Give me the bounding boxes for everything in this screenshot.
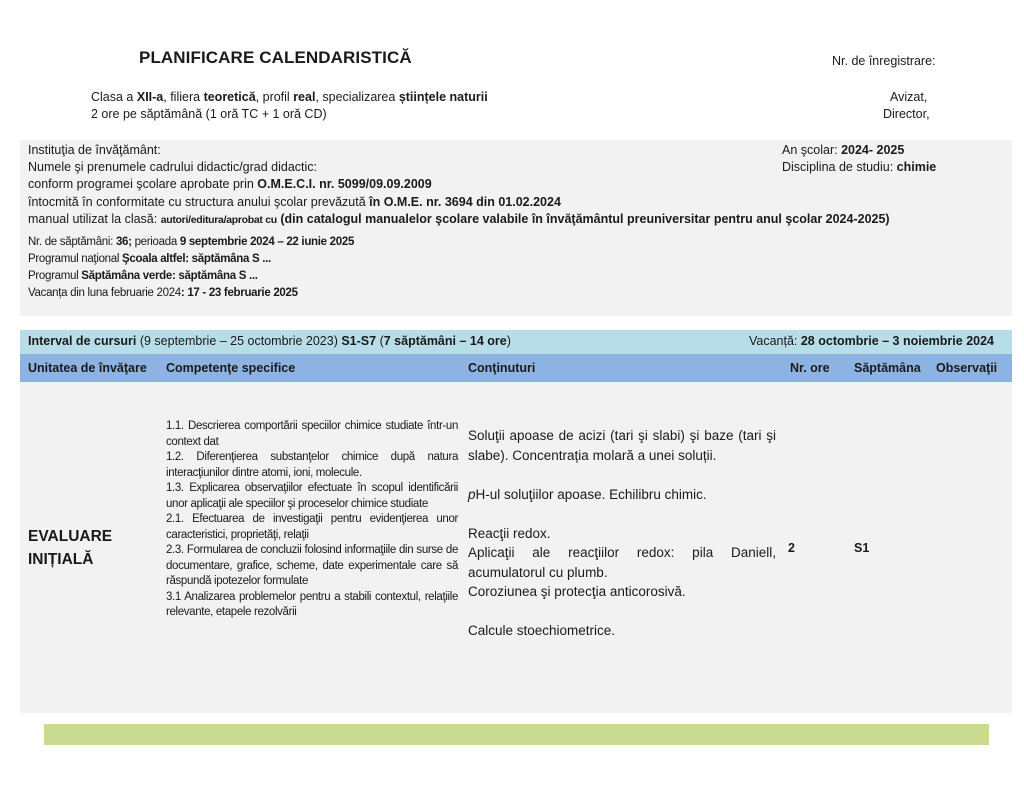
manual-reference: manual utilizat la clasă: autori/editura… — [28, 212, 890, 226]
course-interval: Interval de cursuri (9 septembrie – 25 o… — [28, 334, 511, 348]
column-header-hours: Nr. ore — [790, 361, 830, 375]
column-header-unit: Unitatea de învăţare — [28, 361, 147, 375]
learning-unit-line: EVALUARE — [28, 525, 112, 548]
section-divider-bar — [44, 724, 989, 745]
institution-field: Instituţia de învăţământ: — [28, 143, 161, 157]
hours-count: 2 — [788, 541, 795, 555]
director-label: Director, — [883, 107, 930, 121]
table-header: Unitatea de învăţare Competenţe specific… — [20, 354, 1012, 382]
program-reference: conform programei şcolare aprobate prin … — [28, 177, 432, 191]
page-title: PLANIFICARE CALENDARISTICĂ — [139, 48, 412, 68]
green-week-program: Programul Săptămâna verde: săptămâna S .… — [28, 270, 258, 282]
february-vacation: Vacanța din luna februarie 2024: 17 - 23… — [28, 287, 298, 299]
subject: Disciplina de studiu: chimie — [782, 160, 936, 174]
content-item: pH-ul soluţiilor apoase. Echilibru chimi… — [468, 485, 776, 505]
table-row: EVALUARE INIȚIALĂ 1.1. Descrierea compor… — [20, 382, 1012, 713]
competency-item: 2.3. Formularea de concluzii folosind in… — [166, 543, 458, 590]
weekly-hours: 2 ore pe săptămână (1 oră TC + 1 oră CD) — [91, 107, 327, 121]
registration-number-label: Nr. de înregistrare: — [832, 54, 936, 68]
weeks-period: Nr. de săptămâni: 36; perioada 9 septemb… — [28, 236, 354, 248]
competencies-list: 1.1. Descrierea comportării speciilor ch… — [166, 419, 458, 621]
competency-item: 1.3. Explicarea observaţiilor efectuate … — [166, 481, 458, 512]
column-header-competencies: Competenţe specifice — [166, 361, 295, 375]
class-description: Clasa a XII-a, filiera teoretică, profil… — [91, 90, 488, 104]
learning-unit: EVALUARE INIȚIALĂ — [28, 525, 112, 571]
school-other-program: Programul naţional Şcoala altfel: săptăm… — [28, 253, 271, 265]
content-item: Calcule stoechiometrice. — [468, 621, 776, 641]
content-item: Soluţii apoase de acizi (tari şi slabi) … — [468, 426, 776, 465]
content-item: Aplicaţii ale reacţiilor redox: pila Dan… — [468, 543, 776, 582]
competency-item: 1.1. Descrierea comportării speciilor ch… — [166, 419, 458, 450]
content-item: Coroziunea şi protecţia anticorosivă. — [468, 582, 776, 602]
school-year: An şcolar: 2024- 2025 — [782, 143, 904, 157]
competency-item: 3.1 Analizarea problemelor pentru a stab… — [166, 590, 458, 621]
column-header-contents: Conţinuturi — [468, 361, 535, 375]
week-label: S1 — [854, 541, 869, 555]
structure-reference: întocmită în conformitate cu structura a… — [28, 195, 561, 209]
learning-unit-line: INIȚIALĂ — [28, 548, 112, 571]
vacation-interval: Vacanță: 28 octombrie – 3 noiembrie 2024 — [749, 334, 994, 348]
info-box: Instituţia de învăţământ: Numele şi pren… — [20, 140, 1012, 316]
course-interval-bar: Interval de cursuri (9 septembrie – 25 o… — [20, 330, 1012, 354]
column-header-week: Săptămâna — [854, 361, 921, 375]
teacher-field: Numele şi prenumele cadrului didactic/gr… — [28, 160, 317, 174]
content-item: Reacţii redox. — [468, 524, 776, 544]
competency-item: 1.2. Diferenţierea substanţelor chimice … — [166, 450, 458, 481]
competency-item: 2.1. Efectuarea de investigaţii pentru e… — [166, 512, 458, 543]
contents-list: Soluţii apoase de acizi (tari şi slabi) … — [468, 426, 776, 641]
column-header-notes: Observaţii — [936, 361, 997, 375]
approved-label: Avizat, — [890, 90, 927, 104]
